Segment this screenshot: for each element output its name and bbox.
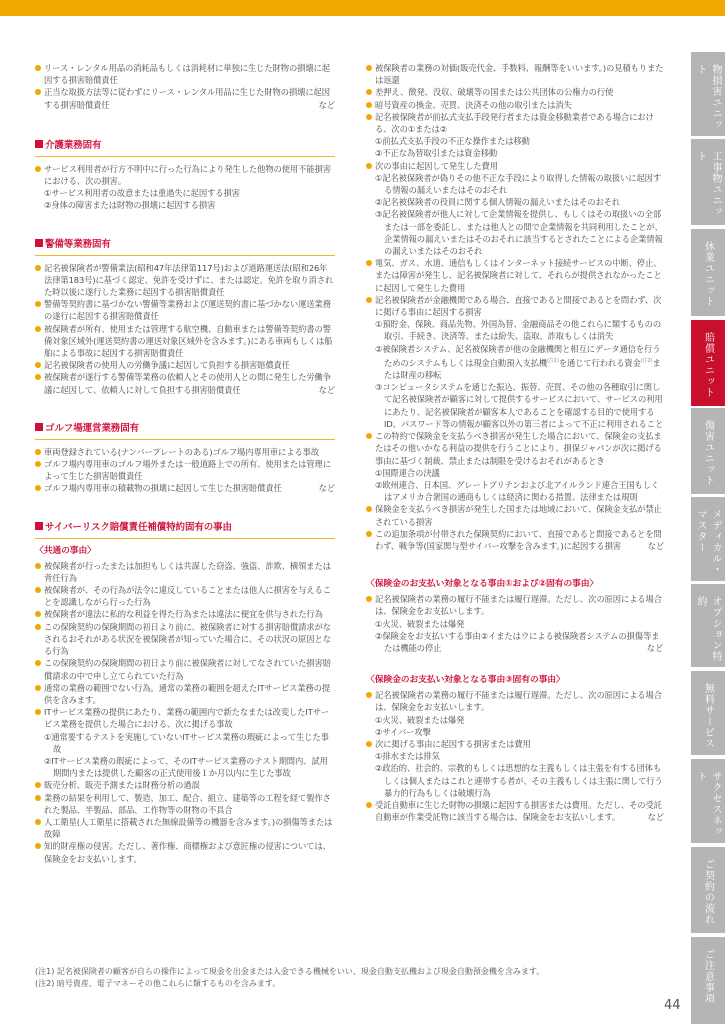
- list-item: この保険契約の保険期間の初日より前に被保険者に対してなされていた損害賠償請求の中…: [35, 657, 335, 681]
- footnote-ref: (注2): [641, 358, 653, 364]
- sub-item: ①預貯金、保険、商品先物、外国為替、金融商品その他これらに類するものの取引、手続…: [366, 318, 664, 342]
- list-item: 受託自動車に生じた財物の損壊に起因する損害または費用。ただし、その受託自動車が作…: [366, 799, 664, 823]
- sub-item: ①火災、破裂または爆発: [366, 618, 664, 630]
- bullet-icon: [35, 166, 41, 172]
- tab-success-net[interactable]: サクセスネット: [691, 759, 725, 843]
- tab-free-services[interactable]: 無料サービス: [691, 671, 725, 755]
- list-item: 被保険者が遂行する警備等業務の依頼人とその使用人との間に発生した労働争議に起因し…: [35, 371, 335, 395]
- sub-item: ②身体の障害または財物の損壊に起因する損害: [35, 199, 335, 211]
- bullet-icon: [35, 485, 41, 491]
- footnote: (注2) 暗号資産、電子マネーその他これらに類するものを含みます。: [35, 978, 544, 990]
- left-column: リース・レンタル用品の消耗品もしくは消耗材に単独に生じた財物の損壊に起因する損害…: [35, 62, 335, 865]
- bullet-icon: [35, 685, 41, 691]
- bullet-icon: [35, 265, 41, 271]
- list-item: この特約で保険金を支払うべき損害が発生した場合において、保険金の支払またはその他…: [366, 430, 664, 467]
- list-item: 人工衛星(人工衛星に搭載された無線設備等の機器を含みます。)の損傷等または故障: [35, 816, 335, 840]
- list-item: 正当な取扱方法等に従わずにリース・レンタル用品に生じた財物の損壊に起因する損害賠…: [35, 86, 335, 110]
- section-title: 警備等業務固有: [35, 238, 335, 256]
- sub-item: ①サービス利用者の故意または重過失に起因する損害: [35, 187, 335, 199]
- list-item: 次に掲げる事由に起因する損害または費用: [366, 738, 664, 750]
- tab-construction-unit[interactable]: 工事物ユニット: [691, 139, 725, 225]
- bullet-icon: [35, 362, 41, 368]
- bullet-icon: [366, 531, 372, 537]
- bullet-icon: [35, 301, 41, 307]
- list-item: 電気、ガス、水道、通信もしくはインターネット接続サービスの中断、停止、または障害…: [366, 257, 664, 294]
- square-icon: [35, 423, 43, 431]
- footnote-ref: (注1): [547, 358, 559, 364]
- list-item: この保険契約の保険期間の初日より前に、被保険者に対する損害賠償請求がなされるおそ…: [35, 621, 335, 658]
- list-item: 記名被保険者の使用人の労働争議に起因して負担する損害賠償責任: [35, 359, 335, 371]
- bullet-icon: [35, 449, 41, 455]
- footnotes: (注1) 記名被保険者の顧客が自らの操作によって現金を出金または入金できる機械を…: [35, 966, 544, 990]
- sub-item: ③記名被保険者が他人に対して企業情報を提供し、もしくはその取扱いの全部または一部…: [366, 208, 664, 257]
- list-item: ゴルフ場内専用車の積載物の損壊に起因して生じた損害賠償責任など: [35, 482, 335, 494]
- bullet-icon: [35, 89, 41, 95]
- sub-item: ②保険金をお支払いする事由②イまたはウによる被保険者システムの損傷等または機能の…: [366, 630, 664, 654]
- list-item: リース・レンタル用品の消耗品もしくは消耗材に単独に生じた財物の損壊に起因する損害…: [35, 62, 335, 86]
- list-item: ITサービス業務の提供にあたり、業務の範囲内で新たなまたは改変したITサービス業…: [35, 706, 335, 730]
- sub-item: ②サイバー攻撃: [366, 726, 664, 738]
- list-item: 差押え、徴発、没収、破壊等の国または公共団体の公権力の行使: [366, 86, 664, 98]
- bullet-icon: [366, 802, 372, 808]
- bullet-icon: [366, 89, 372, 95]
- section-cyber: サイバーリスク賠償責任補償特約固有の事由 〈共通の事由〉 被保険者が行ったまたは…: [35, 521, 335, 865]
- sub-item: ①国際連合の決議: [366, 467, 664, 479]
- tab-medical-master[interactable]: メディカル・マスター: [691, 497, 725, 581]
- list-item: 記名被保険者が金融機関である場合、直接であると間接であるとを問わず、次に掲げる事…: [366, 294, 664, 318]
- sub-item: ①排水または排気: [366, 750, 664, 762]
- list-item: 被保険者が所有、使用または管理する航空機、自動車または警備等契約書の警備対象区域…: [35, 323, 335, 360]
- square-icon: [35, 140, 43, 148]
- tab-option-riders[interactable]: オプション特約: [691, 584, 725, 667]
- list-item: 被保険者が行ったまたは加担もしくは共謀した窃盗、強盗、詐欺、横領または背任行為: [35, 560, 335, 584]
- subsection-title: 〈保険金のお支払い対象となる事由③固有の事由〉: [366, 674, 664, 687]
- bullet-icon: [366, 596, 372, 602]
- tab-liability-unit[interactable]: 賠償ユニット: [691, 320, 725, 406]
- subsection-title: 〈保険金のお支払い対象となる事由①および②固有の事由〉: [366, 578, 664, 591]
- section-keibi: 警備等業務固有 記名被保険者が警備業法(昭和47年法律第117号)および道路運送…: [35, 238, 335, 396]
- bullet-icon: [35, 843, 41, 849]
- sub-item: ①前払式支払手段の不正な操作または移動: [366, 135, 664, 147]
- list-item: 被保険者が違法に私的な利益を得た行為または違法に便宜を供与された行為: [35, 608, 335, 620]
- list-item: 記名被保険者が前払式支払手段発行者または資金移動業者である場合における、次の①ま…: [366, 111, 664, 135]
- bullet-icon: [35, 709, 41, 715]
- bullet-icon: [35, 563, 41, 569]
- list-item: 知的財産権の侵害。ただし、著作権、商標権および意匠権の侵害については、保険金をお…: [35, 840, 335, 864]
- sub-item: ②被保険者システム、記名被保険者が他の金融機関と相互にデータ通信を行うためのシス…: [366, 343, 664, 382]
- footnote: (注1) 記名被保険者の顧客が自らの操作によって現金を出金または入金できる機械を…: [35, 966, 544, 978]
- square-icon: [35, 522, 43, 530]
- list-item: 業務の結果を利用して、製造、加工、配合、組立、建築等の工程を経て製作された製品、…: [35, 792, 335, 816]
- sub-item: ②欧州連合、日本国、グレートブリテンおよび北アイルランド連合王国もしくはアメリカ…: [366, 479, 664, 503]
- tab-notes[interactable]: ご注意事項: [691, 937, 725, 1024]
- page-number: 44: [664, 998, 681, 1013]
- list-item: 販売分析、販売予測または財務分析の過誤: [35, 779, 335, 791]
- sub-item: ①記名被保険者が偽りその他不正な手段により取得した情報の取扱いに起因する情報の漏…: [366, 172, 664, 196]
- bullet-icon: [366, 114, 372, 120]
- section-reasons-1-2: 〈保険金のお支払い対象となる事由①および②固有の事由〉 記名被保険者の業務の履行…: [366, 578, 664, 654]
- section-title: ゴルフ場運営業務固有: [35, 422, 335, 440]
- bullet-icon: [35, 326, 41, 332]
- subsection-title: 〈共通の事由〉: [35, 545, 335, 558]
- bullet-icon: [35, 65, 41, 71]
- tab-contract-flow[interactable]: ご契約の流れ: [691, 847, 725, 933]
- section-golf: ゴルフ場運営業務固有 車両登録されている(ナンバープレートのある)ゴルフ場内専用…: [35, 422, 335, 495]
- list-item: 記名被保険者の業務の履行不能または履行遅滞。ただし、次の原因による場合は、保険金…: [366, 593, 664, 617]
- list-item: 記名被保険者が警備業法(昭和47年法律第117号)および道路運送法(昭和26年法…: [35, 262, 335, 299]
- bullet-icon: [366, 297, 372, 303]
- bullet-icon: [366, 433, 372, 439]
- list-item: 暗号資産の換金、売買、決済その他の取引または消失: [366, 99, 664, 111]
- bullet-icon: [35, 587, 41, 593]
- bullet-icon: [35, 374, 41, 380]
- list-item: 警備等契約書に基づかない警備等業務および運送契約書に基づかない運送業務の遂行に起…: [35, 298, 335, 322]
- list-item: 次の事由に起因して発生した費用: [366, 160, 664, 172]
- bullet-icon: [35, 611, 41, 617]
- bullet-icon: [366, 741, 372, 747]
- list-item: サービス利用者が行方不明中に行った行為により発生した他物の使用不能損害における、…: [35, 163, 335, 187]
- list-item: 被保険者が、その行為が法令に違反していることまたは他人に損害を与えることを認識し…: [35, 584, 335, 608]
- list-item: 通常の業務の範囲でない行為。通常の業務の範囲を超えたITサービス業務の提供を含み…: [35, 682, 335, 706]
- sub-item: ①通常要するテストを実施していないITサービス業務の瑕疵によって生じた事故: [35, 731, 335, 755]
- sub-item: ②ITサービス業務の瑕疵によって、そのITサービス業務のテスト期間内、試用期間内…: [35, 755, 335, 779]
- tab-property-damage-unit[interactable]: 物損害ユニット: [691, 52, 725, 136]
- list-item: 被保険者の業務の対価(販売代金、手数料、報酬等をいいます。)の見積もりまたは返還: [366, 62, 664, 86]
- right-column: 被保険者の業務の対価(販売代金、手数料、報酬等をいいます。)の見積もりまたは返還…: [366, 62, 664, 823]
- bullet-icon: [366, 506, 372, 512]
- bullet-icon: [366, 163, 372, 169]
- bullet-icon: [366, 65, 372, 71]
- bullet-icon: [35, 461, 41, 467]
- sidebar-tabs: 物損害ユニット 工事物ユニット 休業ユニット 賠償ユニット 傷害ユニット メディ…: [691, 0, 725, 1024]
- top-accent-bar: [0, 0, 725, 16]
- sub-item: ②不正な為替取引または資金移動: [366, 147, 664, 159]
- bullet-icon: [35, 782, 41, 788]
- sub-item: ①火災、破裂または爆発: [366, 714, 664, 726]
- square-icon: [35, 239, 43, 247]
- list-item: この追加条項が付帯された保険契約において、直接であると間接であるとを問わず、戦争…: [366, 528, 664, 552]
- bullet-icon: [366, 692, 372, 698]
- section-title: 介護業務固有: [35, 139, 335, 157]
- bullet-icon: [35, 819, 41, 825]
- sub-item: ②政治的、社会的、宗教的もしくは思想的な主義もしくは主張を有する団体もしくは個人…: [366, 762, 664, 799]
- list-item: 記名被保険者の業務の履行不能または履行遅滞。ただし、次の原因による場合は、保険金…: [366, 689, 664, 713]
- bullet-icon: [35, 660, 41, 666]
- bullet-icon: [366, 260, 372, 266]
- list-item: 車両登録されている(ナンバープレートのある)ゴルフ場内専用車による事故: [35, 446, 335, 458]
- sub-item: ③コンピュータシステムを通じた振込、振替、売買、その他の各種取引に関して記名被保…: [366, 381, 664, 430]
- section-title: サイバーリスク賠償責任補償特約固有の事由: [35, 521, 335, 539]
- bullet-icon: [35, 795, 41, 801]
- tab-injury-unit[interactable]: 傷害ユニット: [691, 408, 725, 494]
- list-item: 保険金を支払うべき損害が発生した国または地域において、保険金支払が禁止されている…: [366, 503, 664, 527]
- tab-business-interruption-unit[interactable]: 休業ユニット: [691, 229, 725, 316]
- section-kaigo: 介護業務固有 サービス利用者が行方不明中に行った行為により発生した他物の使用不能…: [35, 139, 335, 212]
- section-reasons-3: 〈保険金のお支払い対象となる事由③固有の事由〉 記名被保険者の業務の履行不能また…: [366, 674, 664, 823]
- bullet-icon: [35, 624, 41, 630]
- bullet-icon: [366, 102, 372, 108]
- sub-item: ②記名被保険者の役員に関する個人情報の漏えいまたはそのおそれ: [366, 196, 664, 208]
- list-item: ゴルフ場内専用車のゴルフ場外または一般道路上での所有、使用または管理によって生じ…: [35, 458, 335, 482]
